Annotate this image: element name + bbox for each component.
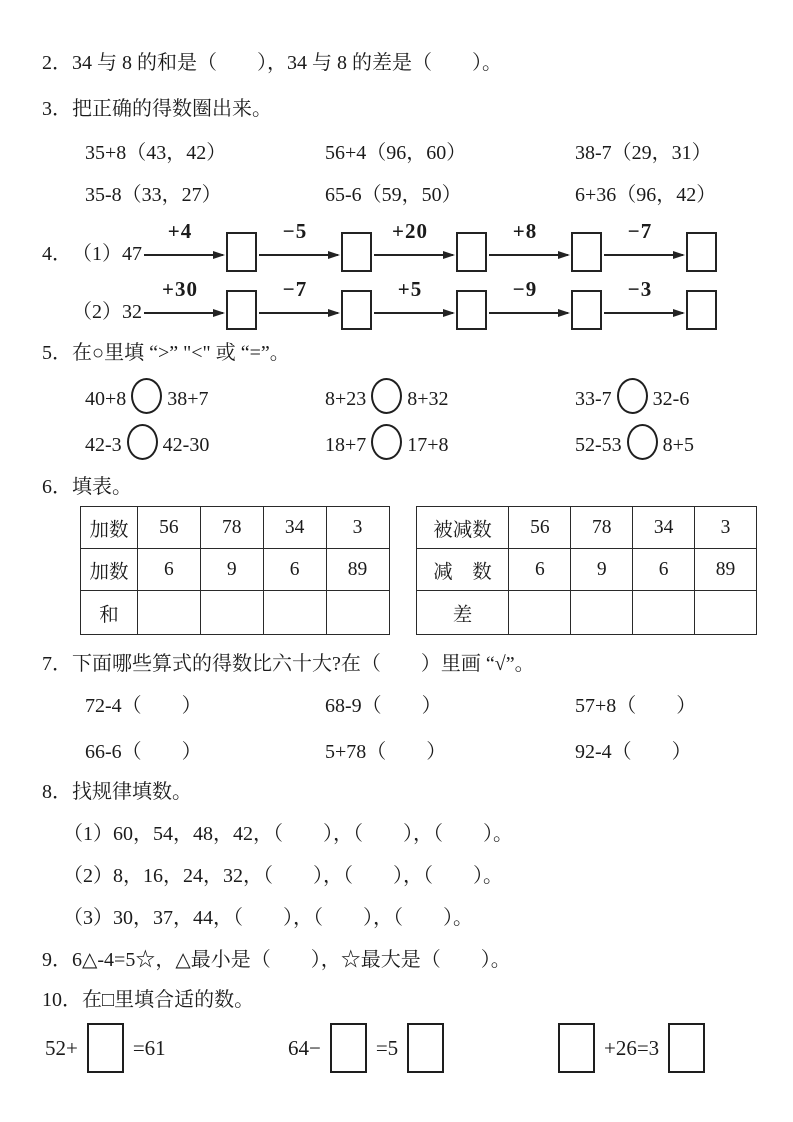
cmp-right: 38+7 <box>167 388 208 410</box>
arrow-icon: +20 <box>372 218 456 272</box>
cmp-left: 52-53 <box>575 434 622 456</box>
q4-row1-label: （1） <box>72 243 122 272</box>
table-row: 加数 56 78 34 3 <box>81 507 390 549</box>
arrow-label: +8 <box>487 219 563 244</box>
comparison-item: 8+238+32 <box>325 378 575 414</box>
table-header-cell: 加数 <box>81 507 138 549</box>
table-cell-empty <box>200 591 263 635</box>
question-10-title: 10．在□里填合适的数。 <box>42 987 757 1013</box>
q7-item-2: 68-9（ ） <box>325 693 575 719</box>
table-row: 和 <box>81 591 390 635</box>
addition-table: 加数 56 78 34 3 加数 6 9 6 89 和 <box>80 506 390 635</box>
table-cell: 9 <box>571 549 633 591</box>
arrow-icon: −3 <box>602 276 686 330</box>
question-3-number: 3． <box>42 98 72 120</box>
cmp-right: 17+8 <box>407 434 448 456</box>
cmp-right: 8+32 <box>407 388 448 410</box>
question-3-row-2: 35-8（33，27） 65-6（59，50） 6+36（96，42） <box>42 182 757 208</box>
table-cell-empty <box>695 591 757 635</box>
arrow-line-icon <box>374 254 453 256</box>
question-6-tables: 加数 56 78 34 3 加数 6 9 6 89 和 <box>42 506 757 635</box>
question-5-number: 5． <box>42 342 72 364</box>
question-4-number: 4． <box>42 243 72 272</box>
q8-item-1: （1）60，54，48，42，（ ），（ ），（ ）。 <box>42 821 757 847</box>
question-9-number: 9． <box>42 949 72 971</box>
cmp-left: 33-7 <box>575 388 612 410</box>
answer-box <box>87 1023 124 1073</box>
table-cell: 3 <box>326 507 389 549</box>
answer-box <box>226 232 257 272</box>
arrow-label: +20 <box>372 219 448 244</box>
table-row: 被减数 56 78 34 3 <box>416 507 756 549</box>
q4-row2-label: （2） <box>72 301 122 330</box>
question-8-title-text: 找规律填数。 <box>72 781 192 803</box>
table-header-cell: 被减数 <box>416 507 509 549</box>
answer-box <box>571 232 602 272</box>
table-header-cell: 减 数 <box>416 549 509 591</box>
table-cell-empty <box>571 591 633 635</box>
answer-box <box>456 232 487 272</box>
chain-step: −7 <box>602 218 717 272</box>
question-8-title: 8．找规律填数。 <box>42 779 757 805</box>
question-9: 9．6△-4=5☆，△最小是（ ），☆最大是（ ）。 <box>42 947 757 973</box>
table-header-cell: 加数 <box>81 549 138 591</box>
chain-step: −7 <box>257 276 372 330</box>
compare-circle <box>617 378 648 414</box>
chain-step: +5 <box>372 276 487 330</box>
arrow-label: −7 <box>257 277 333 302</box>
equation-2: 64−=5 <box>288 1023 558 1073</box>
arrow-label: +5 <box>372 277 448 302</box>
table-cell-empty <box>137 591 200 635</box>
chain-step: +30 <box>142 276 257 330</box>
q7-item-5: 5+78（ ） <box>325 739 575 765</box>
question-6-number: 6． <box>42 476 72 498</box>
eq2-mid: =5 <box>376 1036 398 1061</box>
question-7-number: 7． <box>42 653 72 675</box>
q4-row1-start: 47 <box>122 243 142 272</box>
arrow-line-icon <box>259 254 338 256</box>
question-2-number: 2． <box>42 52 72 74</box>
arrow-icon: −9 <box>487 276 571 330</box>
question-10-title-text: 在□里填合适的数。 <box>82 989 254 1011</box>
compare-circle <box>131 378 162 414</box>
eq1-pre: 52+ <box>45 1036 78 1061</box>
question-7-title-text: 下面哪些算式的得数比六十大?在（ ）里画 “√”。 <box>72 653 535 675</box>
arrow-icon: +4 <box>142 218 226 272</box>
q7-item-4: 66-6（ ） <box>85 739 325 765</box>
question-6-title-text: 填表。 <box>72 476 132 498</box>
table-cell: 6 <box>263 549 326 591</box>
question-7-row-2: 66-6（ ） 5+78（ ） 92-4（ ） <box>42 739 757 765</box>
arrow-line-icon <box>144 312 223 314</box>
arrow-label: −5 <box>257 219 333 244</box>
comparison-item: 52-538+5 <box>575 424 757 460</box>
q8-item-2: （2）8，16，24，32，（ ），（ ），（ ）。 <box>42 863 757 889</box>
question-3-title-text: 把正确的得数圈出来。 <box>72 98 272 120</box>
arrow-line-icon <box>144 254 223 256</box>
table-cell: 34 <box>263 507 326 549</box>
question-3-title: 3．把正确的得数圈出来。 <box>42 96 757 122</box>
question-2: 2．34 与 8 的和是（ ），34 与 8 的差是（ ）。 <box>42 50 757 76</box>
table-row: 减 数 6 9 6 89 <box>416 549 756 591</box>
arrow-label: +30 <box>142 277 218 302</box>
table-cell: 78 <box>200 507 263 549</box>
arrow-line-icon <box>489 254 568 256</box>
question-5-title: 5．在○里填 “>” "<" 或 “=”。 <box>42 340 757 366</box>
q3-item-6: 6+36（96，42） <box>575 182 757 208</box>
question-10-equations: 52+=61 64−=5 +26=3 <box>42 1023 757 1073</box>
table-cell-empty <box>326 591 389 635</box>
question-3-row-1: 35+8（43，42） 56+4（96，60） 38-7（29，31） <box>42 140 757 166</box>
table-cell: 78 <box>571 507 633 549</box>
table-row: 加数 6 9 6 89 <box>81 549 390 591</box>
arrow-icon: −5 <box>257 218 341 272</box>
question-4-row-1: 4． （1） 47 +4 −5 +20 +8 −7 <box>42 218 757 272</box>
table-cell: 89 <box>695 549 757 591</box>
chain-step: −5 <box>257 218 372 272</box>
comparison-item: 42-342-30 <box>85 424 325 460</box>
arrow-icon: +5 <box>372 276 456 330</box>
answer-box <box>558 1023 595 1073</box>
question-7-title: 7．下面哪些算式的得数比六十大?在（ ）里画 “√”。 <box>42 651 757 677</box>
chain-step: −9 <box>487 276 602 330</box>
chain-step: +4 <box>142 218 257 272</box>
chain-step: +20 <box>372 218 487 272</box>
table-row: 差 <box>416 591 756 635</box>
arrow-label: −9 <box>487 277 563 302</box>
q3-item-1: 35+8（43，42） <box>85 140 325 166</box>
cmp-left: 18+7 <box>325 434 366 456</box>
arrow-line-icon <box>604 254 683 256</box>
compare-circle <box>371 378 402 414</box>
table-header-cell: 差 <box>416 591 509 635</box>
question-4-row-2: （2） 32 +30 −7 +5 −9 −3 <box>42 276 757 330</box>
comparison-item: 40+838+7 <box>85 378 325 414</box>
question-7-row-1: 72-4（ ） 68-9（ ） 57+8（ ） <box>42 693 757 719</box>
table-cell: 56 <box>137 507 200 549</box>
arrow-line-icon <box>604 312 683 314</box>
question-5-title-text: 在○里填 “>” "<" 或 “=”。 <box>72 342 290 364</box>
subtraction-table: 被减数 56 78 34 3 减 数 6 9 6 89 差 <box>416 506 757 635</box>
q3-item-3: 38-7（29，31） <box>575 140 757 166</box>
arrow-line-icon <box>489 312 568 314</box>
chain-step: −3 <box>602 276 717 330</box>
arrow-label: −3 <box>602 277 678 302</box>
eq3-mid: +26=3 <box>604 1036 659 1061</box>
table-cell-empty <box>263 591 326 635</box>
question-6-title: 6．填表。 <box>42 474 757 500</box>
question-5-row-1: 40+838+7 8+238+32 33-732-6 <box>42 378 757 414</box>
cmp-right: 8+5 <box>663 434 694 456</box>
table-cell: 6 <box>137 549 200 591</box>
eq2-pre: 64− <box>288 1036 321 1061</box>
worksheet-page: 2．34 与 8 的和是（ ），34 与 8 的差是（ ）。 3．把正确的得数圈… <box>0 0 793 1122</box>
answer-box <box>686 232 717 272</box>
eq1-post: =61 <box>133 1036 166 1061</box>
cmp-left: 42-3 <box>85 434 122 456</box>
arrow-line-icon <box>374 312 453 314</box>
table-cell: 3 <box>695 507 757 549</box>
table-cell-empty <box>633 591 695 635</box>
answer-box <box>226 290 257 330</box>
arrow-icon: +30 <box>142 276 226 330</box>
arrow-label: +4 <box>142 219 218 244</box>
arrow-line-icon <box>259 312 338 314</box>
q8-item-3: （3）30，37，44，（ ），（ ），（ ）。 <box>42 905 757 931</box>
equation-1: 52+=61 <box>45 1023 288 1073</box>
cmp-right: 32-6 <box>653 388 690 410</box>
answer-box <box>330 1023 367 1073</box>
answer-box <box>407 1023 444 1073</box>
cmp-left: 8+23 <box>325 388 366 410</box>
cmp-left: 40+8 <box>85 388 126 410</box>
table-cell-empty <box>509 591 571 635</box>
table-cell: 6 <box>633 549 695 591</box>
arrow-icon: −7 <box>602 218 686 272</box>
answer-box <box>571 290 602 330</box>
comparison-item: 33-732-6 <box>575 378 757 414</box>
compare-circle <box>371 424 402 460</box>
answer-box <box>341 232 372 272</box>
chain-step: +8 <box>487 218 602 272</box>
equation-3: +26=3 <box>558 1023 757 1073</box>
arrow-icon: −7 <box>257 276 341 330</box>
q3-item-2: 56+4（96，60） <box>325 140 575 166</box>
arrow-icon: +8 <box>487 218 571 272</box>
table-cell: 9 <box>200 549 263 591</box>
q7-item-6: 92-4（ ） <box>575 739 757 765</box>
question-2-text: 34 与 8 的和是（ ），34 与 8 的差是（ ）。 <box>72 52 502 74</box>
table-cell: 34 <box>633 507 695 549</box>
q7-item-1: 72-4（ ） <box>85 693 325 719</box>
comparison-item: 18+717+8 <box>325 424 575 460</box>
table-cell: 56 <box>509 507 571 549</box>
question-9-text: 6△-4=5☆，△最小是（ ），☆最大是（ ）。 <box>72 949 511 971</box>
compare-circle <box>127 424 158 460</box>
table-cell: 89 <box>326 549 389 591</box>
table-cell: 6 <box>509 549 571 591</box>
question-10-number: 10． <box>42 989 82 1011</box>
answer-box <box>686 290 717 330</box>
question-8-number: 8． <box>42 781 72 803</box>
q4-row2-start: 32 <box>122 301 142 330</box>
q3-item-5: 65-6（59，50） <box>325 182 575 208</box>
q7-item-3: 57+8（ ） <box>575 693 757 719</box>
answer-box <box>456 290 487 330</box>
compare-circle <box>627 424 658 460</box>
answer-box <box>341 290 372 330</box>
answer-box <box>668 1023 705 1073</box>
arrow-label: −7 <box>602 219 678 244</box>
table-header-cell: 和 <box>81 591 138 635</box>
cmp-right: 42-30 <box>163 434 210 456</box>
question-5-row-2: 42-342-30 18+717+8 52-538+5 <box>42 424 757 460</box>
q3-item-4: 35-8（33，27） <box>85 182 325 208</box>
